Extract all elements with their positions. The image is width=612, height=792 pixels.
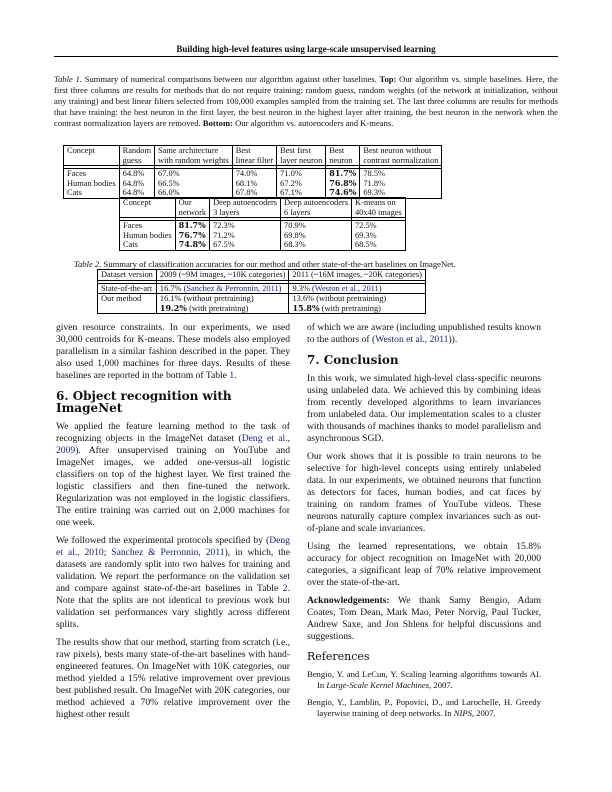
acknowledgements: Acknowledgements: We thank Samy Bengio, …	[307, 595, 541, 643]
right-column: of which we are aware (including unpubli…	[307, 322, 541, 725]
caption-text: Our algorithm vs. autoencoders and K-mea…	[233, 118, 393, 128]
cell: 78.5%	[360, 169, 442, 179]
header-cell: Bestlinear filter	[232, 146, 276, 166]
table-row: Cats74.8%67.5%68.3%68.5%	[120, 240, 406, 250]
table-header-row: Concept Randomguess Same architecturewit…	[64, 146, 442, 166]
cell: 68.1%	[232, 179, 276, 189]
cell: Faces	[64, 169, 120, 179]
cell: 74.0%	[232, 169, 276, 179]
running-head: Building high-level features using large…	[54, 44, 558, 54]
cell: 69.3%	[351, 231, 405, 241]
paragraph: given resource constraints. In our exper…	[56, 322, 290, 382]
cell: 71.8%	[360, 179, 442, 189]
caption-top-label: Top:	[380, 74, 397, 84]
table-row-sota: State-of-the-art 16.7% (Sanchez & Perron…	[98, 283, 426, 294]
references-heading: References	[307, 651, 541, 663]
table1-caption-label: Table 1.	[54, 74, 82, 84]
cell-best: 74.8%	[175, 240, 209, 250]
cell: 16.7% (Sanchez & Perronnin, 2011)	[156, 283, 289, 294]
cell: 13.6% (without pretraining)15.8% (with p…	[289, 294, 425, 314]
cell: 67.2%	[277, 179, 326, 189]
table-row: Faces64.8%67.0%74.0%71.0%81.7%78.5%	[64, 169, 442, 179]
table1-caption: Table 1. Summary of numerical comparison…	[54, 74, 558, 129]
paragraph: We applied the feature learning method t…	[56, 421, 290, 529]
reference-item: Bengio, Y., Lamblin, P., Popovici, D., a…	[307, 697, 541, 719]
paragraph: Using the learned representations, we ob…	[307, 541, 541, 589]
table-row: Human bodies64.8%66.5%68.1%67.2%76.8%71.…	[64, 179, 442, 189]
cell: Cats	[120, 240, 176, 250]
cell: Human bodies	[120, 231, 176, 241]
table-header-row: Dataset version 2009 (~9M images, ~10K c…	[98, 270, 426, 281]
citation-link[interactable]: Sanchez & Perronnin, 2011	[186, 284, 278, 293]
cell: 71.0%	[277, 169, 326, 179]
table-row-ours: Our method 16.1% (without pretraining)19…	[98, 294, 426, 314]
reference-item: Bengio, Y. and LeCun, Y. Scaling learnin…	[307, 669, 541, 691]
table2-caption: Table 2. Summary of classification accur…	[74, 259, 456, 269]
header-cell: Best neuron withoutcontrast normalizatio…	[360, 146, 442, 166]
header-cell: 2009 (~9M images, ~10K categories)	[156, 270, 289, 281]
paragraph: The results show that our method, starti…	[56, 637, 290, 721]
header-cell: Bestneuron	[326, 146, 360, 166]
header-cell: Ournetwork	[175, 198, 209, 218]
header-cell: Same architecturewith random weights	[155, 146, 233, 166]
header-cell: Dataset version	[98, 270, 157, 281]
header-cell: Best firstlayer neuron	[277, 146, 326, 166]
header-cell: K-means on40x40 images	[351, 198, 405, 218]
header-cell: Deep autoencoders6 layers	[281, 198, 352, 218]
cell: 72.3%	[210, 221, 281, 231]
paragraph: In this work, we simulated high-level cl…	[307, 373, 541, 445]
citation-link[interactable]: Weston et al., 2011	[315, 284, 379, 293]
header-cell: Concept	[120, 198, 176, 218]
cell: 68.3%	[281, 240, 352, 250]
cell: 64.8%	[119, 179, 154, 189]
paragraph: Our work shows that it is possible to tr…	[307, 451, 541, 535]
citation-link[interactable]: Sanchez & Perronnin, 2011	[111, 547, 224, 558]
cell: 71.2%	[210, 231, 281, 241]
cell: Cats	[64, 188, 120, 198]
section-heading: 6. Object recognition with ImageNet	[56, 390, 290, 414]
row-label: State-of-the-art	[98, 283, 157, 294]
cell: Human bodies	[64, 179, 120, 189]
cell: 9.3% (Weston et al., 2011)	[289, 283, 425, 294]
header-rule	[54, 56, 558, 57]
table1-bottom: Concept Ournetwork Deep autoencoders3 la…	[119, 197, 406, 251]
row-label: Our method	[98, 294, 157, 314]
header-cell: Concept	[64, 146, 120, 166]
caption-bottom-label: Bottom:	[203, 118, 233, 128]
cell: 68.5%	[351, 240, 405, 250]
cell: 70.9%	[281, 221, 352, 231]
citation-link[interactable]: Weston et al., 2011	[375, 334, 448, 345]
left-column: given resource constraints. In our exper…	[56, 322, 290, 727]
caption-text: Summary of numerical comparisons between…	[82, 74, 380, 84]
table-header-row: Concept Ournetwork Deep autoencoders3 la…	[120, 198, 406, 218]
header-cell: Deep autoencoders3 layers	[210, 198, 281, 218]
cell: 16.1% (without pretraining)19.2% (with p…	[156, 294, 289, 314]
cell: 67.5%	[210, 240, 281, 250]
cell: 67.0%	[155, 169, 233, 179]
table1-top: Concept Randomguess Same architecturewit…	[63, 145, 442, 199]
section-heading: 7. Conclusion	[307, 354, 541, 366]
table2-caption-label: Table 2.	[74, 259, 101, 269]
cell: 64.8%	[119, 169, 154, 179]
table2: Dataset version 2009 (~9M images, ~10K c…	[97, 269, 426, 314]
paragraph: of which we are aware (including unpubli…	[307, 322, 541, 346]
cell: Faces	[120, 221, 176, 231]
cell: 66.5%	[155, 179, 233, 189]
cell: 69.8%	[281, 231, 352, 241]
header-cell: Randomguess	[119, 146, 154, 166]
paragraph: We followed the experimental protocols s…	[56, 535, 290, 631]
caption-text: Summary of classification accuracies for…	[101, 259, 455, 269]
cell: 72.5%	[351, 221, 405, 231]
table-row: Faces81.7%72.3%70.9%72.5%	[120, 221, 406, 231]
header-cell: 2011 (~16M images, ~20K categories)	[289, 270, 425, 281]
table-row: Human bodies76.7%71.2%69.8%69.3%	[120, 231, 406, 241]
